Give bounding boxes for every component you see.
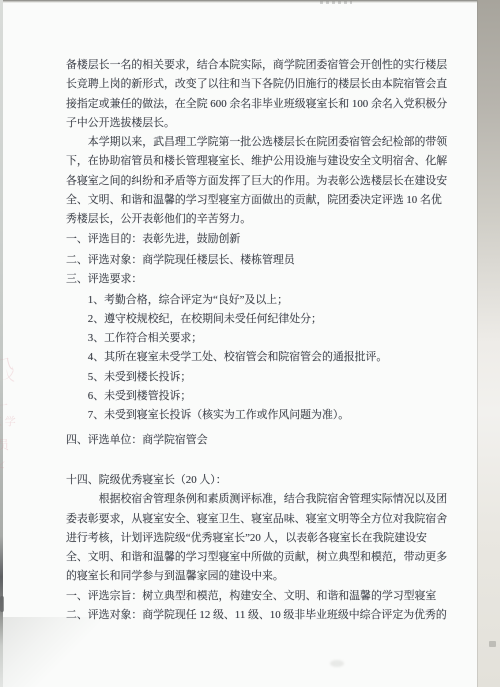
text-line: 2、遵守校规校纪，在校期间未受任何纪律处分； (66, 310, 486, 329)
text-line: 本学期以来，武昌理工学院第一批公选楼层长在院团委宿管会纪检部的带领 (66, 133, 486, 152)
text-line: 二、评选对象：商学院现任 12 级、11 级、10 级非毕业班级中综合评定为优秀… (66, 606, 486, 625)
text-line: 一、评选宗旨：树立典型和模范，构建安全、文明、和谐和温馨的学习型寝室 (66, 587, 486, 606)
scan-top-edge (0, 0, 500, 3)
bleedthrough-stamp: ⺄乂一工 学员∠ (0, 0, 40, 687)
text-line: 接指定或兼任的做法，在全院 600 余名非毕业班级寝室长和 100 余名入党积极… (66, 95, 486, 114)
text-line: 秀楼层长，公开表彰他们的辛苦努力。 (66, 210, 486, 229)
text-line: 的寝室长和同学参与到温馨家园的建设中来。 (66, 567, 486, 586)
scanned-document-page: { "page": { "type": "scanned-document-pa… (0, 0, 500, 687)
text-line: 四、评选单位：商学院宿管会 (66, 431, 486, 450)
text-line: 全、文明、和谐和温馨的学习型寝室中所做的贡献，树立典型和模范，带动更多 (66, 548, 486, 567)
scan-topright-mark (320, 1, 352, 4)
scan-noise-dot (330, 660, 344, 667)
text-line: 委表彰要求，从寝室安全、寝室卫生、寝室品味、寝室文明等全方位对我院宿舍 (66, 510, 486, 529)
text-block: 备楼层长一名的相关要求，结合本院实际，商学院团委宿管会开创性的实行楼层长竞聘上岗… (66, 56, 486, 625)
text-line: 二、评选对象：商学院现任楼层长、楼栋管理员 (66, 251, 486, 270)
scan-rightedge-mark (489, 641, 496, 647)
text-line: 三、评选要求： (66, 270, 486, 289)
text-line: 一、评选目的：表彰先进，鼓励创新 (66, 230, 486, 249)
text-line: 备楼层长一名的相关要求，结合本院实际，商学院团委宿管会开创性的实行楼层 (66, 56, 486, 75)
text-line: 长竞聘上岗的新形式，改变了以往和当下各院仍旧施行的楼层长由本院宿管会直 (66, 75, 486, 94)
text-line: 1、考勤合格，综合评定为“良好”及以上； (66, 291, 486, 310)
text-line: 下，在协助宿管员和楼长管理寝室长、维护公用设施与建设安全文明宿舍、化解 (66, 152, 486, 171)
text-line: 各寝室之间的纠纷和矛盾等方面发挥了巨大的作用。为表彰公选楼层长在建设安 (66, 172, 486, 191)
stamp-fragment: 乂 (1, 364, 17, 385)
stamp-fragment: 员 (0, 436, 9, 453)
stamp-fragment: 一 (0, 397, 9, 415)
text-line: 十四、院级优秀寝室长（20 人）： (66, 471, 486, 490)
text-line: 子中公开选拔楼层长。 (66, 114, 486, 133)
text-line: 3、工作符合相关要求； (66, 329, 486, 348)
text-line: 4、其所在寝室未受学工处、校宿管会和院宿管会的通报批评。 (66, 348, 486, 367)
stamp-fragment: 工 学 (0, 413, 16, 429)
text-line: 5、未受到楼长投诉； (66, 368, 486, 387)
text-line: 全、文明、和谐和温馨的学习型寝室方面做出的贡献，院团委决定评选 10 名优 (66, 191, 486, 210)
text-line: 6、未受到楼管投诉； (66, 387, 486, 406)
text-line: 根据校宿舍管理条例和素质测评标准，结合我院宿舍管理实际情况以及团 (66, 490, 486, 509)
text-line: 进行考核，计划评选院级“优秀寝室长”20 人，以表彰各寝室长在我院建设安 (66, 529, 486, 548)
text-line: 7、未受到寝室长投诉（核实为工作或作风问题为准）。 (66, 406, 486, 425)
stamp-fragment: ∠ (0, 457, 7, 473)
